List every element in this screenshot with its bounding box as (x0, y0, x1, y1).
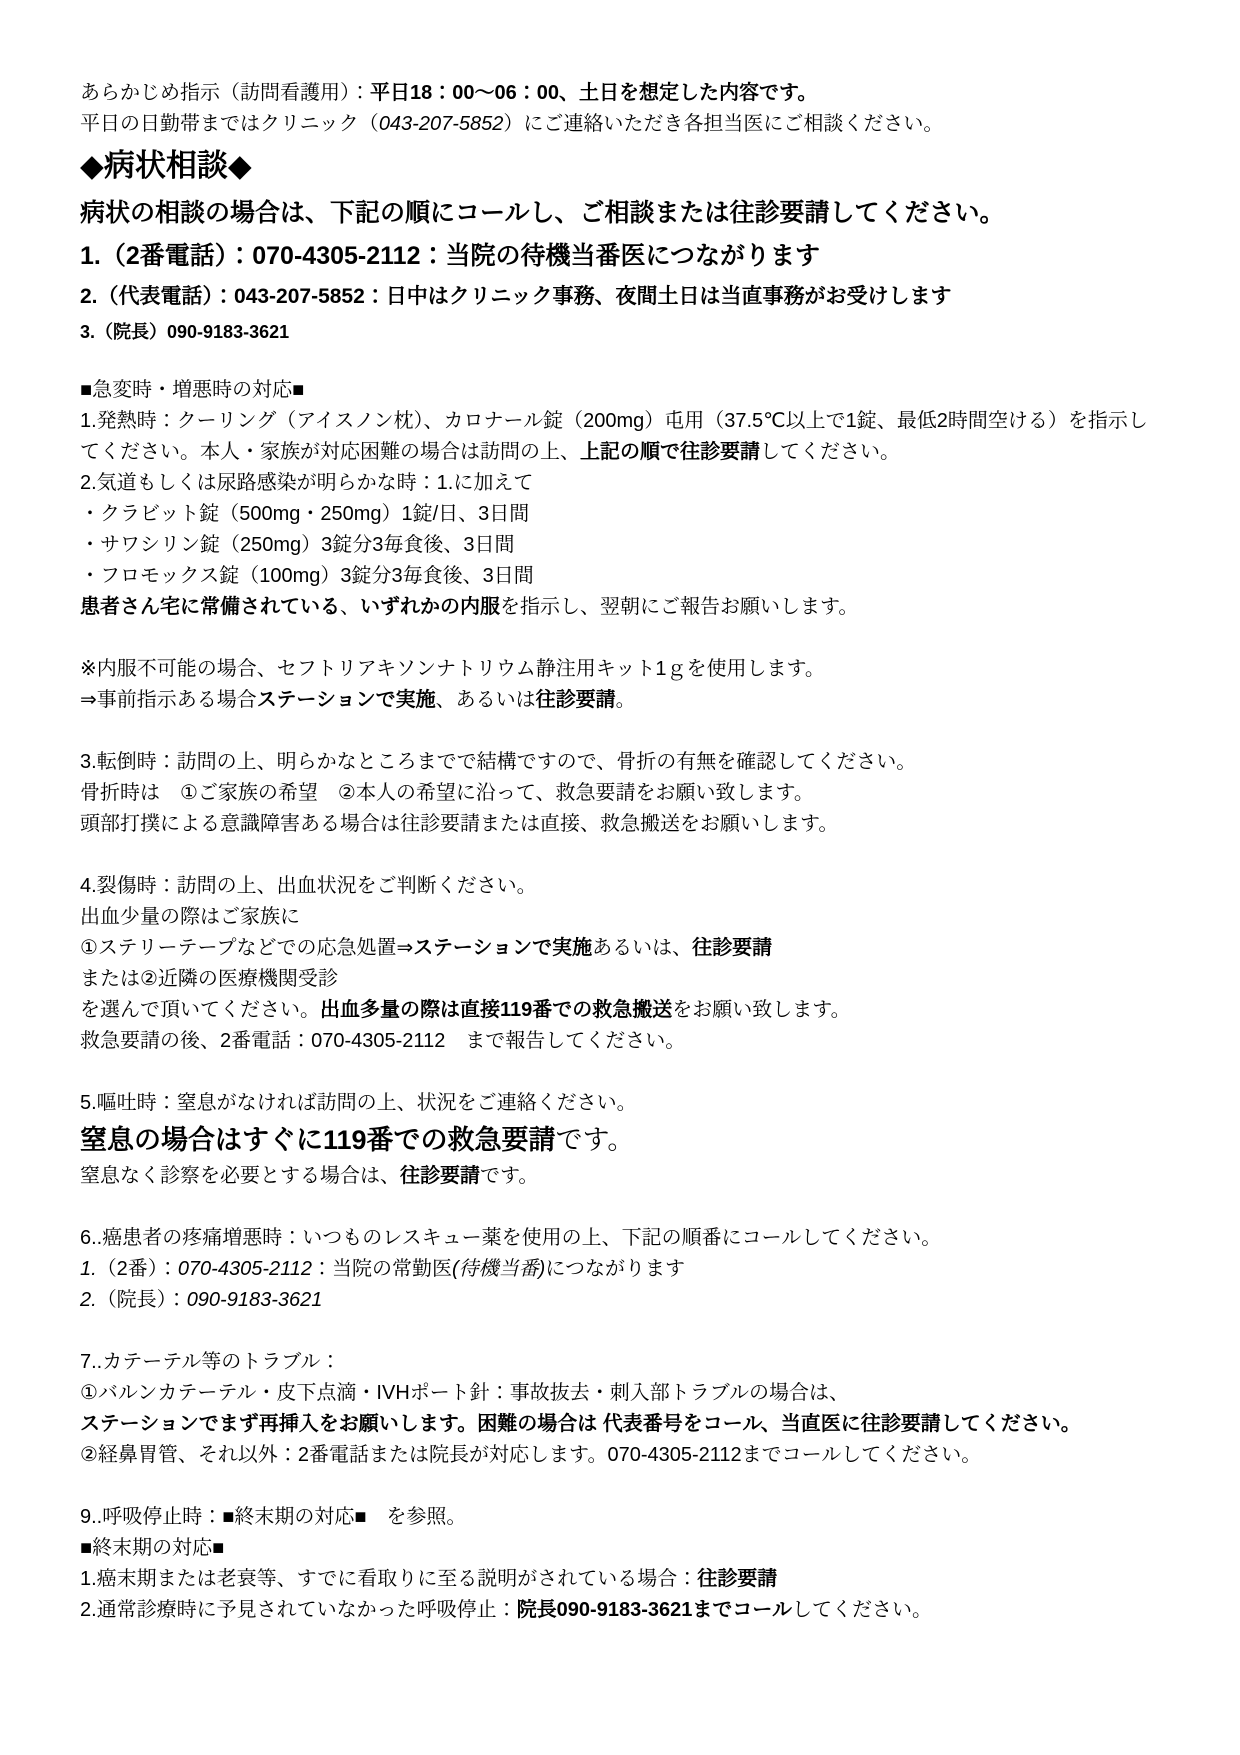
paragraph-spacer (80, 348, 1165, 375)
head-injury-note: 頭部打撲による意識障害ある場合は往診要請または直接、救急搬送をお願いします。 (80, 809, 1165, 840)
preface-line-1: あらかじめ指示（訪問看護用）：平日18：00～06：00、土日を想定した内容です… (80, 78, 1165, 109)
text-run: 平日18：00～06：00、土日を想定した内容です。 (370, 82, 817, 104)
stocked-medicine-note: 患者さん宅に常備されている、いずれかの内服を指示し、翌朝にご報告お願いします。 (80, 592, 1165, 623)
text-run: してください。 (792, 1599, 932, 1621)
text-run: ②経鼻胃管、それ以外：2番電話または院長が対応します。070-4305-2112… (80, 1444, 981, 1466)
text-run: 往診要請 (400, 1165, 480, 1187)
text-run: 病状の相談の場合は、下記の順にコールし、ご相談または往診要請してください。 (80, 199, 1005, 227)
item-3-fall: 3.転倒時：訪問の上、明らかなところまでで結構ですので、骨折の有無を確認してくだ… (80, 747, 1165, 778)
text-run: ・サワシリン錠（250mg）3錠分3毎食後、3日間 (80, 534, 515, 556)
text-run: いずれかの内服 (360, 596, 500, 618)
text-run: 往診要請 (697, 1568, 777, 1590)
text-run: あらかじめ指示（訪問看護用）： (80, 82, 370, 104)
text-run: 1.癌末期または老衰等、すでに看取りに至る説明がされている場合： (80, 1568, 697, 1590)
paragraph-spacer (80, 1316, 1165, 1347)
text-run: 頭部打撲による意識障害ある場合は往診要請または直接、救急搬送をお願いします。 (80, 813, 838, 835)
report-after-ems: 救急要請の後、2番電話：070-4305-2112 まで報告してください。 (80, 1026, 1165, 1057)
first-aid-option-1: ①ステリーテープなどでの応急処置⇒ステーションで実施あるいは、往診要請 (80, 933, 1165, 964)
text-run: をお願い致します。 (672, 999, 850, 1021)
item-4-laceration: 4.裂傷時：訪問の上、出血状況をご判断ください。 (80, 871, 1165, 902)
text-run: 救急要請の後、2番電話：070-4305-2112 まで報告してください。 (80, 1030, 685, 1052)
text-run: 往診要請 (536, 689, 616, 711)
drug-flomox: ・フロモックス錠（100mg）3錠分3毎食後、3日間 (80, 561, 1165, 592)
text-run: ①バルンカテーテル・皮下点滴・IVHポート針：事故抜去・刺入部トラブルの場合は、 (80, 1382, 849, 1404)
terminal-case-1: 1.癌末期または老衰等、すでに看取りに至る説明がされている場合：往診要請 (80, 1564, 1165, 1595)
text-run: 、 (340, 596, 360, 618)
text-run: ※内服不可能の場合、セフトリアキソンナトリウム静注用キット1ｇを使用します。 (80, 658, 825, 680)
text-run: 2.気道もしくは尿路感染が明らかな時：1.に加えて (80, 472, 533, 494)
text-run: 、あるいは (436, 689, 536, 711)
text-run: ステーションで実施 (257, 689, 436, 711)
text-run: ・クラビット錠（500mg・250mg）1錠/日、3日間 (80, 503, 529, 525)
choking-call-119: 窒息の場合はすぐに119番での救急要請です。 (80, 1119, 1165, 1161)
paragraph-spacer (80, 623, 1165, 654)
text-run: 043-207-5852 (379, 113, 504, 135)
injection-note: ※内服不可能の場合、セフトリアキソンナトリウム静注用キット1ｇを使用します。 (80, 654, 1165, 685)
text-run: 6..癌患者の疼痛増悪時：いつものレスキュー薬を使用の上、下記の順番にコールして… (80, 1227, 941, 1249)
text-run: 1.（2番電話）：070-4305-2112：当院の待機当番医につながります (80, 242, 820, 270)
text-run: を選んで頂いてください。 (80, 999, 320, 1021)
text-run: 骨折時は ①ご家族の希望 ②本人の希望に沿って、救急要請をお願い致します。 (80, 782, 814, 804)
cancer-call-2: 2.（院長）：090-9183-3621 (80, 1285, 1165, 1316)
terminal-case-2: 2.通常診療時に予見されていなかった呼吸停止：院長090-9183-3621まで… (80, 1595, 1165, 1626)
text-run: 090-9183-3621 (187, 1289, 323, 1311)
item-2-infection: 2.気道もしくは尿路感染が明らかな時：1.に加えて (80, 468, 1165, 499)
text-run: につながります (545, 1258, 685, 1280)
text-run: です。 (480, 1165, 538, 1187)
cancer-call-1: 1.（2番）：070-4305-2112：当院の常勤医(待機当番)につながります (80, 1254, 1165, 1285)
document-page: あらかじめ指示（訪問看護用）：平日18：00～06：00、土日を想定した内容です… (0, 0, 1240, 1755)
text-run: 3.転倒時：訪問の上、明らかなところまでで結構ですので、骨折の有無を確認してくだ… (80, 751, 916, 773)
terminal-care-heading: ■終末期の対応■ (80, 1533, 1165, 1564)
text-run: です。 (556, 1125, 635, 1155)
text-run: 窒息なく診察を必要とする場合は、 (80, 1165, 400, 1187)
text-run: 070-4305-2112 (178, 1258, 312, 1280)
text-run: ステーションで実施 (413, 937, 592, 959)
drug-cravit: ・クラビット錠（500mg・250mg）1錠/日、3日間 (80, 499, 1165, 530)
paragraph-spacer (80, 1057, 1165, 1088)
text-run: 3.（院長）090-9183-3621 (80, 322, 289, 342)
text-run: ◆病状相談◆ (80, 148, 252, 183)
text-run: （2番）： (97, 1258, 178, 1280)
text-run: 2.通常診療時に予見されていなかった呼吸停止： (80, 1599, 517, 1621)
item-7-catheter: 7..カテーテル等のトラブル： (80, 1347, 1165, 1378)
text-run: 出血多量の際は直接119番での救急搬送 (320, 999, 672, 1021)
text-run: 平日の日勤帯まではクリニック（ (80, 113, 379, 135)
text-run: ）にご連絡いただき各担当医にご相談ください。 (503, 113, 943, 135)
text-run: 窒息の場合はすぐに119番での救急要請 (80, 1125, 556, 1155)
text-run: 5.嘔吐時：窒息がなければ訪問の上、状況をご連絡ください。 (80, 1092, 637, 1114)
heavy-bleeding-note: を選んで頂いてください。出血多量の際は直接119番での救急搬送をお願い致します。 (80, 995, 1165, 1026)
document-content: あらかじめ指示（訪問看護用）：平日18：00～06：00、土日を想定した内容です… (80, 78, 1165, 1626)
call-order-intro: 病状の相談の場合は、下記の順にコールし、ご相談または往診要請してください。 (80, 192, 1165, 235)
text-run: (待機当番) (452, 1258, 545, 1280)
item-6-cancer-pain: 6..癌患者の疼痛増悪時：いつものレスキュー薬を使用の上、下記の順番にコールして… (80, 1223, 1165, 1254)
minor-bleeding-note: 出血少量の際はご家族に (80, 902, 1165, 933)
text-run: 往診要請 (692, 937, 772, 959)
text-run: ・フロモックス錠（100mg）3錠分3毎食後、3日間 (80, 565, 534, 587)
text-run: ①ステリーテープなどでの応急処置⇒ (80, 937, 413, 959)
catheter-case-1: ①バルンカテーテル・皮下点滴・IVHポート針：事故抜去・刺入部トラブルの場合は、 (80, 1378, 1165, 1409)
text-run: してください。 (760, 441, 900, 463)
text-run: 。 (616, 689, 636, 711)
text-run: 院長090-9183-3621までコール (517, 1599, 792, 1621)
paragraph-spacer (80, 1471, 1165, 1502)
text-run: （院長）： (97, 1289, 187, 1311)
phone-priority-1: 1.（2番電話）：070-4305-2112：当院の待機当番医につながります (80, 235, 1165, 278)
item-5-vomiting: 5.嘔吐時：窒息がなければ訪問の上、状況をご連絡ください。 (80, 1088, 1165, 1119)
emergency-response-heading: ■急変時・増悪時の対応■ (80, 375, 1165, 406)
phone-priority-3: 3.（院長）090-9183-3621 (80, 316, 1165, 348)
fracture-note: 骨折時は ①ご家族の希望 ②本人の希望に沿って、救急要請をお願い致します。 (80, 778, 1165, 809)
text-run: ：当院の常勤医 (312, 1258, 452, 1280)
text-run: あるいは、 (592, 937, 692, 959)
phone-priority-2: 2.（代表電話）：043-207-5852：日中はクリニック事務、夜間土日は当直… (80, 278, 1165, 316)
no-choking-note: 窒息なく診察を必要とする場合は、往診要請です。 (80, 1161, 1165, 1192)
text-run: ⇒事前指示ある場合 (80, 689, 257, 711)
text-run: 4.裂傷時：訪問の上、出血状況をご判断ください。 (80, 875, 537, 897)
item-9-respiratory-arrest: 9..呼吸停止時：■終末期の対応■ を参照。 (80, 1502, 1165, 1533)
text-run: 上記の順で往診要請 (580, 441, 760, 463)
prior-instruction-note: ⇒事前指示ある場合ステーションで実施、あるいは往診要請。 (80, 685, 1165, 716)
text-run: ■終末期の対応■ (80, 1537, 224, 1559)
text-run: 出血少量の際はご家族に (80, 906, 300, 928)
text-run: 1. (80, 1258, 97, 1280)
first-aid-option-2: または②近隣の医療機関受診 (80, 964, 1165, 995)
symptom-consult-title: ◆病状相談◆ (80, 140, 1165, 192)
text-run: ステーションでまず再挿入をお願いします。困難の場合は 代表番号をコール、当直医に… (80, 1413, 1081, 1435)
paragraph-spacer (80, 716, 1165, 747)
paragraph-spacer (80, 840, 1165, 871)
text-run: 9..呼吸停止時：■終末期の対応■ を参照。 (80, 1506, 466, 1528)
text-run: ■急変時・増悪時の対応■ (80, 379, 304, 401)
paragraph-spacer (80, 1192, 1165, 1223)
item-1-fever: 1.発熱時：クーリング（アイスノン枕）、カロナール錠（200mg）屯用（37.5… (80, 406, 1165, 468)
text-run: 2. (80, 1289, 97, 1311)
catheter-case-2: ②経鼻胃管、それ以外：2番電話または院長が対応します。070-4305-2112… (80, 1440, 1165, 1471)
text-run: 2.（代表電話）：043-207-5852：日中はクリニック事務、夜間土日は当直… (80, 285, 952, 308)
text-run: 7..カテーテル等のトラブル： (80, 1351, 340, 1373)
text-run: または②近隣の医療機関受診 (80, 968, 338, 990)
catheter-instruction: ステーションでまず再挿入をお願いします。困難の場合は 代表番号をコール、当直医に… (80, 1409, 1165, 1440)
text-run: 患者さん宅に常備されている (80, 596, 340, 618)
drug-sawacillin: ・サワシリン錠（250mg）3錠分3毎食後、3日間 (80, 530, 1165, 561)
text-run: を指示し、翌朝にご報告お願いします。 (500, 596, 858, 618)
preface-line-2: 平日の日勤帯まではクリニック（043-207-5852）にご連絡いただき各担当医… (80, 109, 1165, 140)
